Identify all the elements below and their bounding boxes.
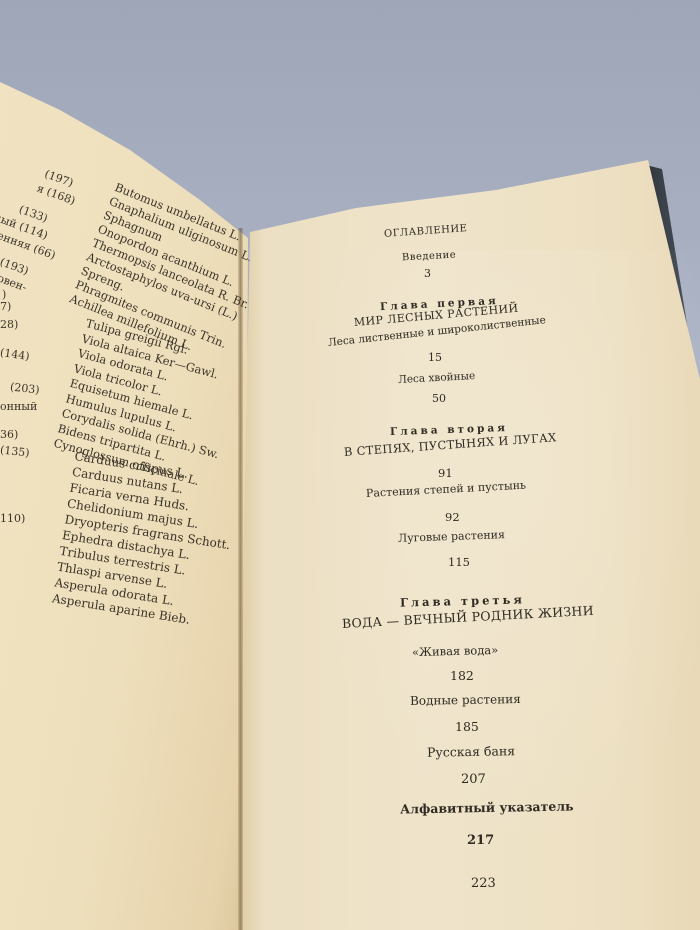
index-fragment: 36) bbox=[0, 428, 18, 441]
index-fragment: 28) bbox=[0, 318, 18, 331]
toc-section-label: Водные растения bbox=[410, 692, 521, 708]
latin-group-3: Carduus crispus L. Carduus nutans L. Fic… bbox=[51, 448, 241, 632]
right-page bbox=[236, 0, 700, 930]
toc-section-page: 182 bbox=[450, 668, 474, 683]
toc-section-page: 185 bbox=[455, 719, 479, 734]
chapter-2-title-page: 91 bbox=[438, 466, 453, 480]
toc-section-label: «Живая вода» bbox=[412, 643, 499, 659]
book-photo: (197) я (168) (133) ный (114) весенняя (… bbox=[0, 0, 700, 930]
toc-section-page: 50 bbox=[432, 392, 446, 405]
page-number: 223 bbox=[471, 876, 496, 891]
toc-index-label: Алфавитный указатель bbox=[400, 798, 574, 816]
toc-index-page: 217 bbox=[467, 833, 494, 848]
index-fragment: онный bbox=[0, 400, 37, 413]
toc-section-page: 15 bbox=[428, 351, 442, 364]
index-fragment: 110) bbox=[0, 512, 25, 525]
toc-intro-page: 3 bbox=[424, 267, 431, 280]
toc-section-label: Русская баня bbox=[427, 743, 515, 760]
index-fragment: 7) bbox=[0, 300, 11, 313]
toc-section-page: 92 bbox=[445, 510, 460, 524]
toc-section-page: 115 bbox=[448, 555, 470, 569]
toc-section-page: 207 bbox=[461, 772, 486, 787]
book-gutter bbox=[238, 228, 243, 930]
